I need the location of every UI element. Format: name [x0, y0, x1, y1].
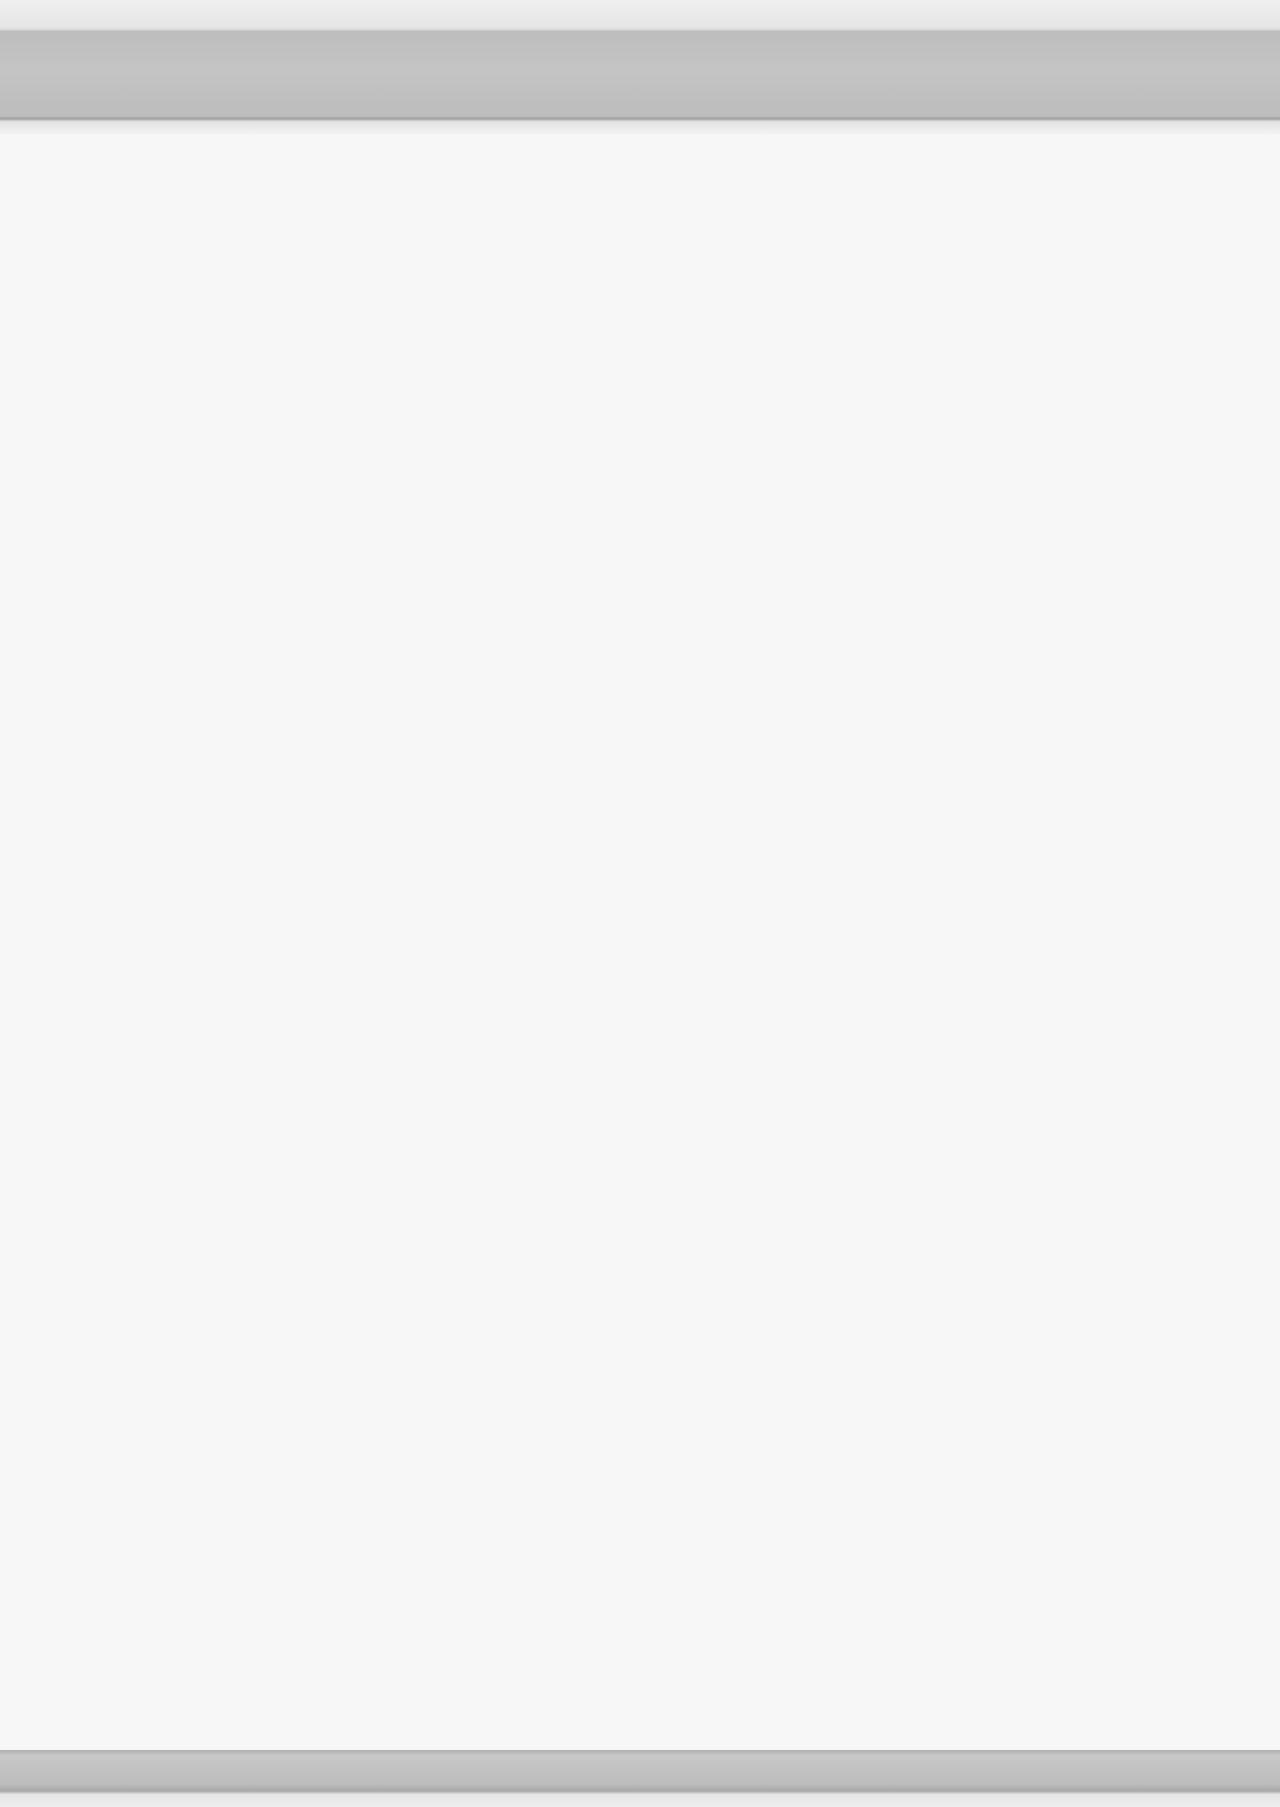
vertical-text-body: [138, 150, 1183, 1710]
decorative-frame-bottom: [0, 1750, 1280, 1807]
decorative-frame-top: [0, 0, 1280, 135]
ornament-border-top: [0, 38, 1280, 118]
ornament-border-bottom: [0, 1755, 1280, 1787]
